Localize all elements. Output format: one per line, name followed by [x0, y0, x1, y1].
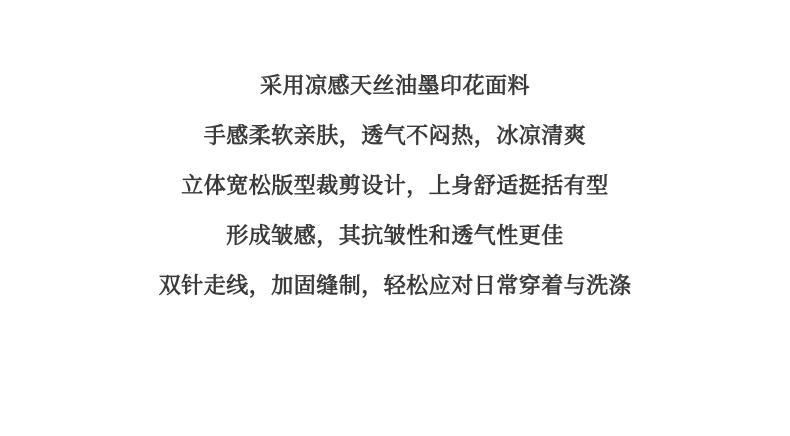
- description-text-block: 采用凉感天丝油墨印花面料 手感柔软亲肤，透气不闷热，冰凉清爽 立体宽松版型裁剪设…: [0, 61, 790, 311]
- description-line-feel: 手感柔软亲肤，透气不闷热，冰凉清爽: [0, 111, 790, 161]
- product-description-panel: 采用凉感天丝油墨印花面料 手感柔软亲肤，透气不闷热，冰凉清爽 立体宽松版型裁剪设…: [0, 0, 790, 436]
- description-line-wrinkle: 形成皱感，其抗皱性和透气性更佳: [0, 211, 790, 261]
- description-line-stitching: 双针走线，加固缝制，轻松应对日常穿着与洗涤: [0, 261, 790, 311]
- description-line-fit: 立体宽松版型裁剪设计，上身舒适挺括有型: [0, 161, 790, 211]
- description-line-fabric: 采用凉感天丝油墨印花面料: [0, 61, 790, 111]
